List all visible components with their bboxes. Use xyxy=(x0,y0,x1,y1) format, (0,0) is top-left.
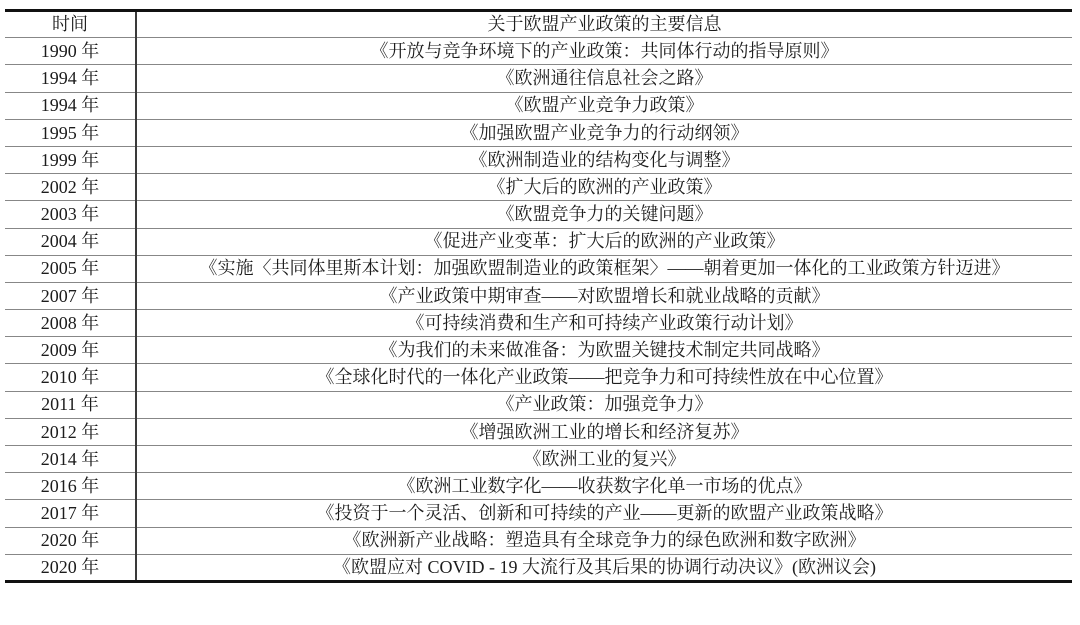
policy-info-cell: 《产业政策：加强竞争力》 xyxy=(136,391,1072,418)
policy-info-cell: 《为我们的未来做准备：为欧盟关键技术制定共同战略》 xyxy=(136,337,1072,364)
year-cell: 1994 年 xyxy=(5,65,136,92)
table-row: 2016 年《欧洲工业数字化——收获数字化单一市场的优点》 xyxy=(5,473,1072,500)
policy-info-cell: 《实施〈共同体里斯本计划：加强欧盟制造业的政策框架〉——朝着更加一体化的工业政策… xyxy=(136,255,1072,282)
year-cell: 2004 年 xyxy=(5,228,136,255)
table-row: 2008 年《可持续消费和生产和可持续产业政策行动计划》 xyxy=(5,310,1072,337)
policy-info-cell: 《全球化时代的一体化产业政策——把竞争力和可持续性放在中心位置》 xyxy=(136,364,1072,391)
table-row: 2004 年《促进产业变革：扩大后的欧洲的产业政策》 xyxy=(5,228,1072,255)
year-cell: 2003 年 xyxy=(5,201,136,228)
policy-info-cell: 《欧盟产业竞争力政策》 xyxy=(136,92,1072,119)
policy-info-cell: 《增强欧洲工业的增长和经济复苏》 xyxy=(136,418,1072,445)
table-row: 2014 年《欧洲工业的复兴》 xyxy=(5,446,1072,473)
policy-info-cell: 《可持续消费和生产和可持续产业政策行动计划》 xyxy=(136,310,1072,337)
year-cell: 2002 年 xyxy=(5,174,136,201)
policy-info-cell: 《促进产业变革：扩大后的欧洲的产业政策》 xyxy=(136,228,1072,255)
year-cell: 2005 年 xyxy=(5,255,136,282)
table-row: 2020 年《欧洲新产业战略：塑造具有全球竞争力的绿色欧洲和数字欧洲》 xyxy=(5,527,1072,554)
table-row: 2003 年《欧盟竞争力的关键问题》 xyxy=(5,201,1072,228)
table-row: 2011 年《产业政策：加强竞争力》 xyxy=(5,391,1072,418)
year-cell: 1990 年 xyxy=(5,38,136,65)
year-cell: 1999 年 xyxy=(5,146,136,173)
table-row: 2010 年《全球化时代的一体化产业政策——把竞争力和可持续性放在中心位置》 xyxy=(5,364,1072,391)
year-cell: 2009 年 xyxy=(5,337,136,364)
table-row: 2009 年《为我们的未来做准备：为欧盟关键技术制定共同战略》 xyxy=(5,337,1072,364)
policy-info-cell: 《欧洲通往信息社会之路》 xyxy=(136,65,1072,92)
year-cell: 2016 年 xyxy=(5,473,136,500)
year-cell: 2014 年 xyxy=(5,446,136,473)
table-row: 1995 年《加强欧盟产业竞争力的行动纲领》 xyxy=(5,119,1072,146)
policy-info-cell: 《欧洲工业的复兴》 xyxy=(136,446,1072,473)
year-cell: 2020 年 xyxy=(5,527,136,554)
policy-info-cell: 《欧盟应对 COVID - 19 大流行及其后果的协调行动决议》(欧洲议会) xyxy=(136,554,1072,581)
table-row: 2020 年《欧盟应对 COVID - 19 大流行及其后果的协调行动决议》(欧… xyxy=(5,554,1072,581)
policy-info-cell: 《欧洲工业数字化——收获数字化单一市场的优点》 xyxy=(136,473,1072,500)
table-row: 2012 年《增强欧洲工业的增长和经济复苏》 xyxy=(5,418,1072,445)
year-cell: 2010 年 xyxy=(5,364,136,391)
policy-info-cell: 《扩大后的欧洲的产业政策》 xyxy=(136,174,1072,201)
table-row: 1994 年《欧洲通往信息社会之路》 xyxy=(5,65,1072,92)
policy-info-cell: 《欧盟竞争力的关键问题》 xyxy=(136,201,1072,228)
eu-industrial-policy-table: 时间 关于欧盟产业政策的主要信息 1990 年《开放与竞争环境下的产业政策：共同… xyxy=(5,9,1072,583)
column-header-time: 时间 xyxy=(5,11,136,38)
year-cell: 2020 年 xyxy=(5,554,136,581)
table-row: 2005 年《实施〈共同体里斯本计划：加强欧盟制造业的政策框架〉——朝着更加一体… xyxy=(5,255,1072,282)
table-row: 2007 年《产业政策中期审查——对欧盟增长和就业战略的贡献》 xyxy=(5,282,1072,309)
table-row: 1990 年《开放与竞争环境下的产业政策：共同体行动的指导原则》 xyxy=(5,38,1072,65)
policy-info-cell: 《开放与竞争环境下的产业政策：共同体行动的指导原则》 xyxy=(136,38,1072,65)
table-row: 2017 年《投资于一个灵活、创新和可持续的产业——更新的欧盟产业政策战略》 xyxy=(5,500,1072,527)
policy-info-cell: 《欧洲新产业战略：塑造具有全球竞争力的绿色欧洲和数字欧洲》 xyxy=(136,527,1072,554)
policy-info-cell: 《加强欧盟产业竞争力的行动纲领》 xyxy=(136,119,1072,146)
table-row: 1994 年《欧盟产业竞争力政策》 xyxy=(5,92,1072,119)
header-row: 时间 关于欧盟产业政策的主要信息 xyxy=(5,11,1072,38)
year-cell: 2011 年 xyxy=(5,391,136,418)
table-row: 2002 年《扩大后的欧洲的产业政策》 xyxy=(5,174,1072,201)
policy-info-cell: 《欧洲制造业的结构变化与调整》 xyxy=(136,146,1072,173)
year-cell: 2012 年 xyxy=(5,418,136,445)
year-cell: 1995 年 xyxy=(5,119,136,146)
year-cell: 2017 年 xyxy=(5,500,136,527)
policy-info-cell: 《投资于一个灵活、创新和可持续的产业——更新的欧盟产业政策战略》 xyxy=(136,500,1072,527)
policy-info-cell: 《产业政策中期审查——对欧盟增长和就业战略的贡献》 xyxy=(136,282,1072,309)
table-body: 1990 年《开放与竞争环境下的产业政策：共同体行动的指导原则》1994 年《欧… xyxy=(5,38,1072,582)
year-cell: 2008 年 xyxy=(5,310,136,337)
year-cell: 1994 年 xyxy=(5,92,136,119)
column-header-policy-info: 关于欧盟产业政策的主要信息 xyxy=(136,11,1072,38)
table-row: 1999 年《欧洲制造业的结构变化与调整》 xyxy=(5,146,1072,173)
year-cell: 2007 年 xyxy=(5,282,136,309)
